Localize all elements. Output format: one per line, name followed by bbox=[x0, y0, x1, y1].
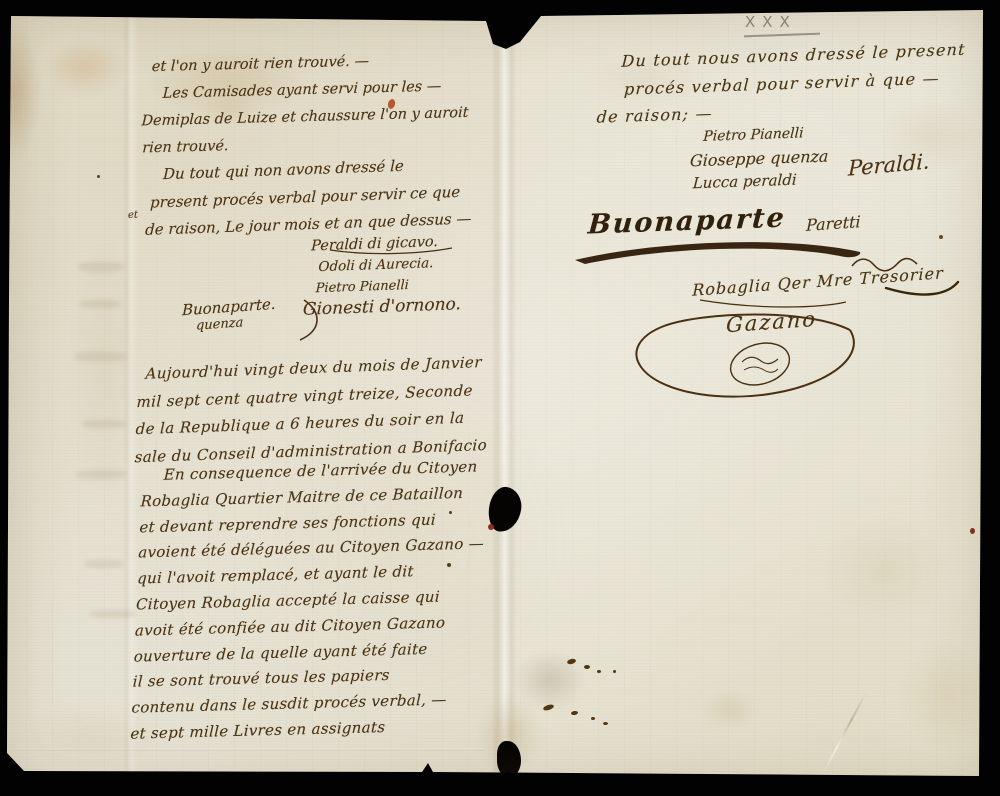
pencil-mark-xxx: XXX bbox=[745, 13, 797, 31]
signature-robaglia: Robaglia Qer Mre Tresorier bbox=[692, 263, 944, 300]
bonaparte-underline-flourish bbox=[575, 242, 860, 264]
bleedthrough-mark bbox=[84, 560, 124, 568]
paper-hole-bottom bbox=[497, 741, 521, 777]
left-witness-signatures: Peraldi di gicavo. Odoli di Aurecia. Pie… bbox=[297, 231, 464, 321]
signature-paretti: Paretti bbox=[806, 212, 861, 235]
ink-spatter bbox=[613, 670, 616, 673]
stain bbox=[70, 240, 140, 500]
ink-spatter bbox=[603, 722, 608, 725]
dark-speck bbox=[97, 175, 100, 178]
bleedthrough-mark bbox=[78, 262, 124, 272]
robaglia-underline-flourish bbox=[700, 300, 846, 307]
signature-quenza: Gioseppe quenza bbox=[689, 144, 829, 172]
pencil-underline bbox=[744, 33, 820, 37]
ink-spatter bbox=[591, 717, 595, 720]
gazano-seal-oval bbox=[726, 337, 795, 392]
manuscript-paper: et l'on y auroit rien trouvé. — Les Cami… bbox=[0, 0, 1000, 796]
signature-bonaparte-large: Buonaparte bbox=[587, 203, 787, 241]
gazano-seal-squiggle-2 bbox=[744, 367, 778, 372]
right-witness-signatures: Pietro Pianelli Gioseppe quenza Lucca pe… bbox=[682, 121, 830, 195]
bleedthrough-mark bbox=[90, 610, 136, 618]
stain bbox=[900, 640, 990, 750]
ink-spatter bbox=[571, 711, 578, 716]
left-paragraph-1: et l'on y auroit rien trouvé. — Les Cami… bbox=[148, 46, 472, 163]
brown-speck bbox=[939, 235, 943, 239]
bleedthrough-mark bbox=[76, 470, 126, 479]
left-body-paragraph-2: En consequence de l'arrivée du Citoyen R… bbox=[130, 454, 488, 747]
signature-lucca-peraldi: Lucca peraldi bbox=[692, 168, 828, 196]
bleedthrough-mark bbox=[74, 352, 126, 361]
marginal-note: et bbox=[128, 210, 138, 221]
signature-peraldi-large: Peraldi. bbox=[848, 149, 930, 180]
left-paragraph-2: Du tout qui non avons dressé le present … bbox=[149, 150, 474, 244]
stain bbox=[820, 520, 950, 620]
ink-spatter bbox=[597, 670, 601, 673]
stain bbox=[700, 690, 760, 730]
left-body-paragraph-1: Aujourd'hui vingt deux du mois de Janvie… bbox=[134, 349, 490, 472]
red-speck bbox=[970, 528, 975, 534]
bleedthrough-mark bbox=[80, 300, 120, 308]
scan-background: et l'on y auroit rien trouvé. — Les Cami… bbox=[0, 0, 1000, 796]
gazano-seal-squiggle-1 bbox=[742, 357, 778, 363]
hole-red-edge bbox=[488, 524, 494, 530]
ink-spatter bbox=[584, 665, 590, 669]
signature-gazano: Gazano bbox=[726, 307, 818, 337]
bottom-right-wrinkle bbox=[822, 693, 867, 775]
stain bbox=[45, 40, 125, 95]
bleedthrough-mark bbox=[82, 420, 126, 428]
right-closing-paragraph: Du tout nous avons dressé le present pro… bbox=[608, 36, 967, 131]
